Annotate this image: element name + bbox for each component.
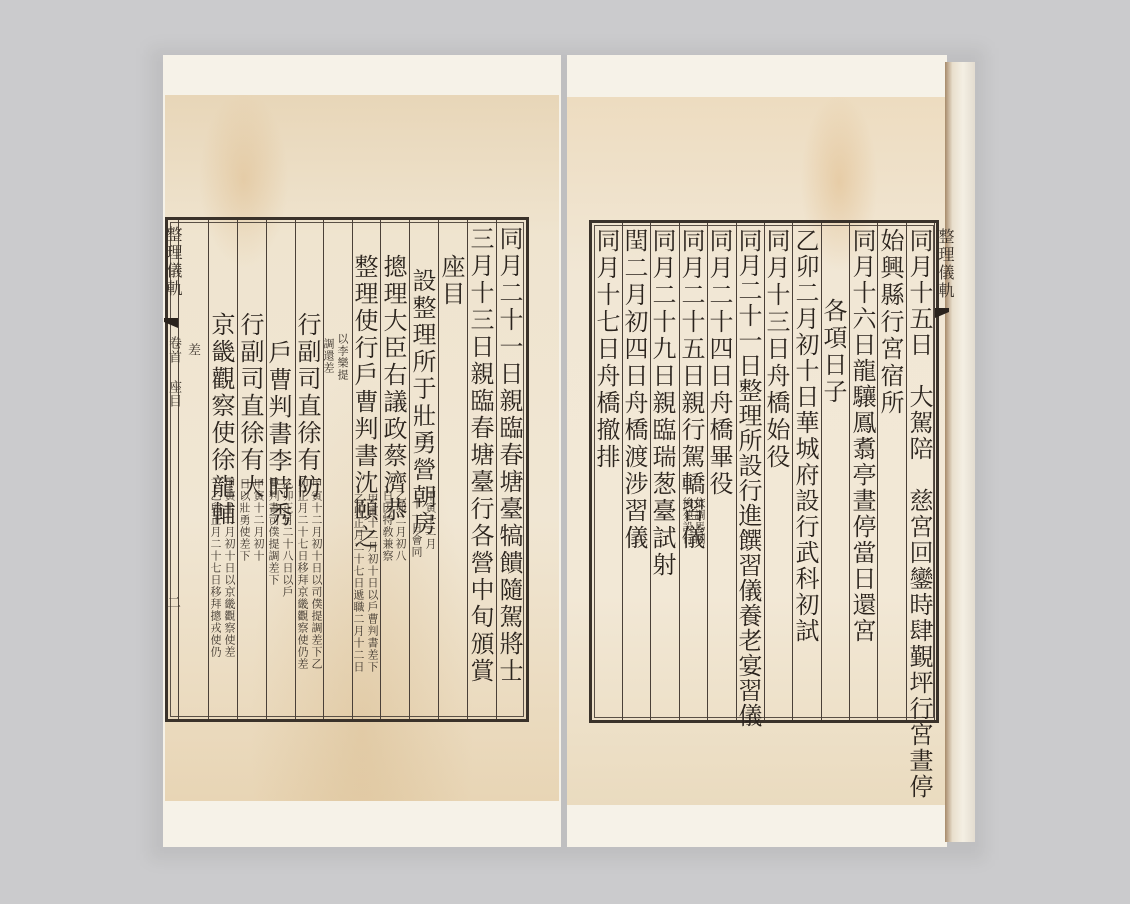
text-column: 始興縣行宮宿所 (876, 228, 904, 417)
spine-label: 整理儀軌 (936, 228, 954, 300)
centerfold-section: 卷首 (166, 336, 180, 364)
annotation: 後苑設行 (681, 497, 693, 545)
text-column: 行副司直徐有防 (293, 312, 321, 501)
text-column: 同月二十一日親臨春塘臺犒饋隨駕將士 (495, 226, 523, 685)
text-column: 各項日子 (819, 298, 847, 406)
text-column: 同月十三日舟橋始役 (762, 228, 790, 471)
annotation: 下乙卯正月二十七日移拜摠戎使仍 (209, 478, 221, 658)
annotation: 乙卯正月二十八日以戶 (281, 478, 293, 598)
text-column: 同月十六日龍驤鳳翥亭晝停當日還宮 (848, 228, 876, 644)
annotation: 調還差 (322, 338, 334, 374)
text-column: 同月二十九日親臨瑞葱臺試射 (648, 228, 676, 579)
annotation: 差 (186, 343, 198, 357)
text-column: 同月二十一日整理所設行進饌習儀養老宴習儀 (734, 228, 762, 728)
annotation: 甲寅十二月初十 (252, 478, 264, 562)
annotation: 甲寅十二月初十日以戶曹判書差下 (366, 493, 378, 673)
text-column: 座目 (437, 254, 465, 308)
annotation: 以李樂提 (336, 333, 348, 381)
annotation: 日以壯勇使差下 (238, 478, 250, 562)
annotation: 十一日會同 (410, 498, 422, 558)
annotation: 日因特敎兼察 (381, 490, 393, 562)
centerfold-title: 整理儀軌 (164, 226, 182, 298)
annotation: 卯正月二十七日移拜京畿觀察使仍差 (296, 478, 308, 670)
annotation: 曹判書司僕提調差下 (267, 478, 279, 586)
annotation: 乙卯二月初八 (394, 490, 406, 562)
text-column: 摠理大臣右議政蔡濟恭 (379, 254, 407, 524)
text-column: 同月十七日舟橋撤排 (592, 228, 620, 471)
page-number: 二 (166, 595, 180, 610)
text-column: 同月二十四日舟橋畢役 (705, 228, 733, 498)
text-column: 閏二月初四日舟橋渡涉習儀 (620, 228, 648, 552)
annotation: 乙卯正月二十七日遞職二月十二日 (352, 493, 364, 673)
annotation: 甲寅十二月初十日以京畿觀察使差 (223, 478, 235, 658)
text-column: 同月十五日 大駕陪 慈宮回鑾時肆覲坪行宮晝停 (905, 228, 933, 800)
annotation: 甲寅十二月初十日以司僕提調差下乙 (310, 478, 322, 670)
text-column: 三月十三日親臨春塘臺行各營中旬頒賞 (466, 226, 494, 685)
centerfold-chapter: 座目 (166, 380, 180, 408)
annotation: 依調馬例 (693, 497, 705, 545)
text-column: 行副司直徐有大 (236, 312, 264, 501)
fore-edge (945, 62, 975, 842)
annotation: 甲寅十二月 (424, 490, 436, 550)
text-column: 乙卯二月初十日華城府設行武科初試 (791, 228, 819, 644)
